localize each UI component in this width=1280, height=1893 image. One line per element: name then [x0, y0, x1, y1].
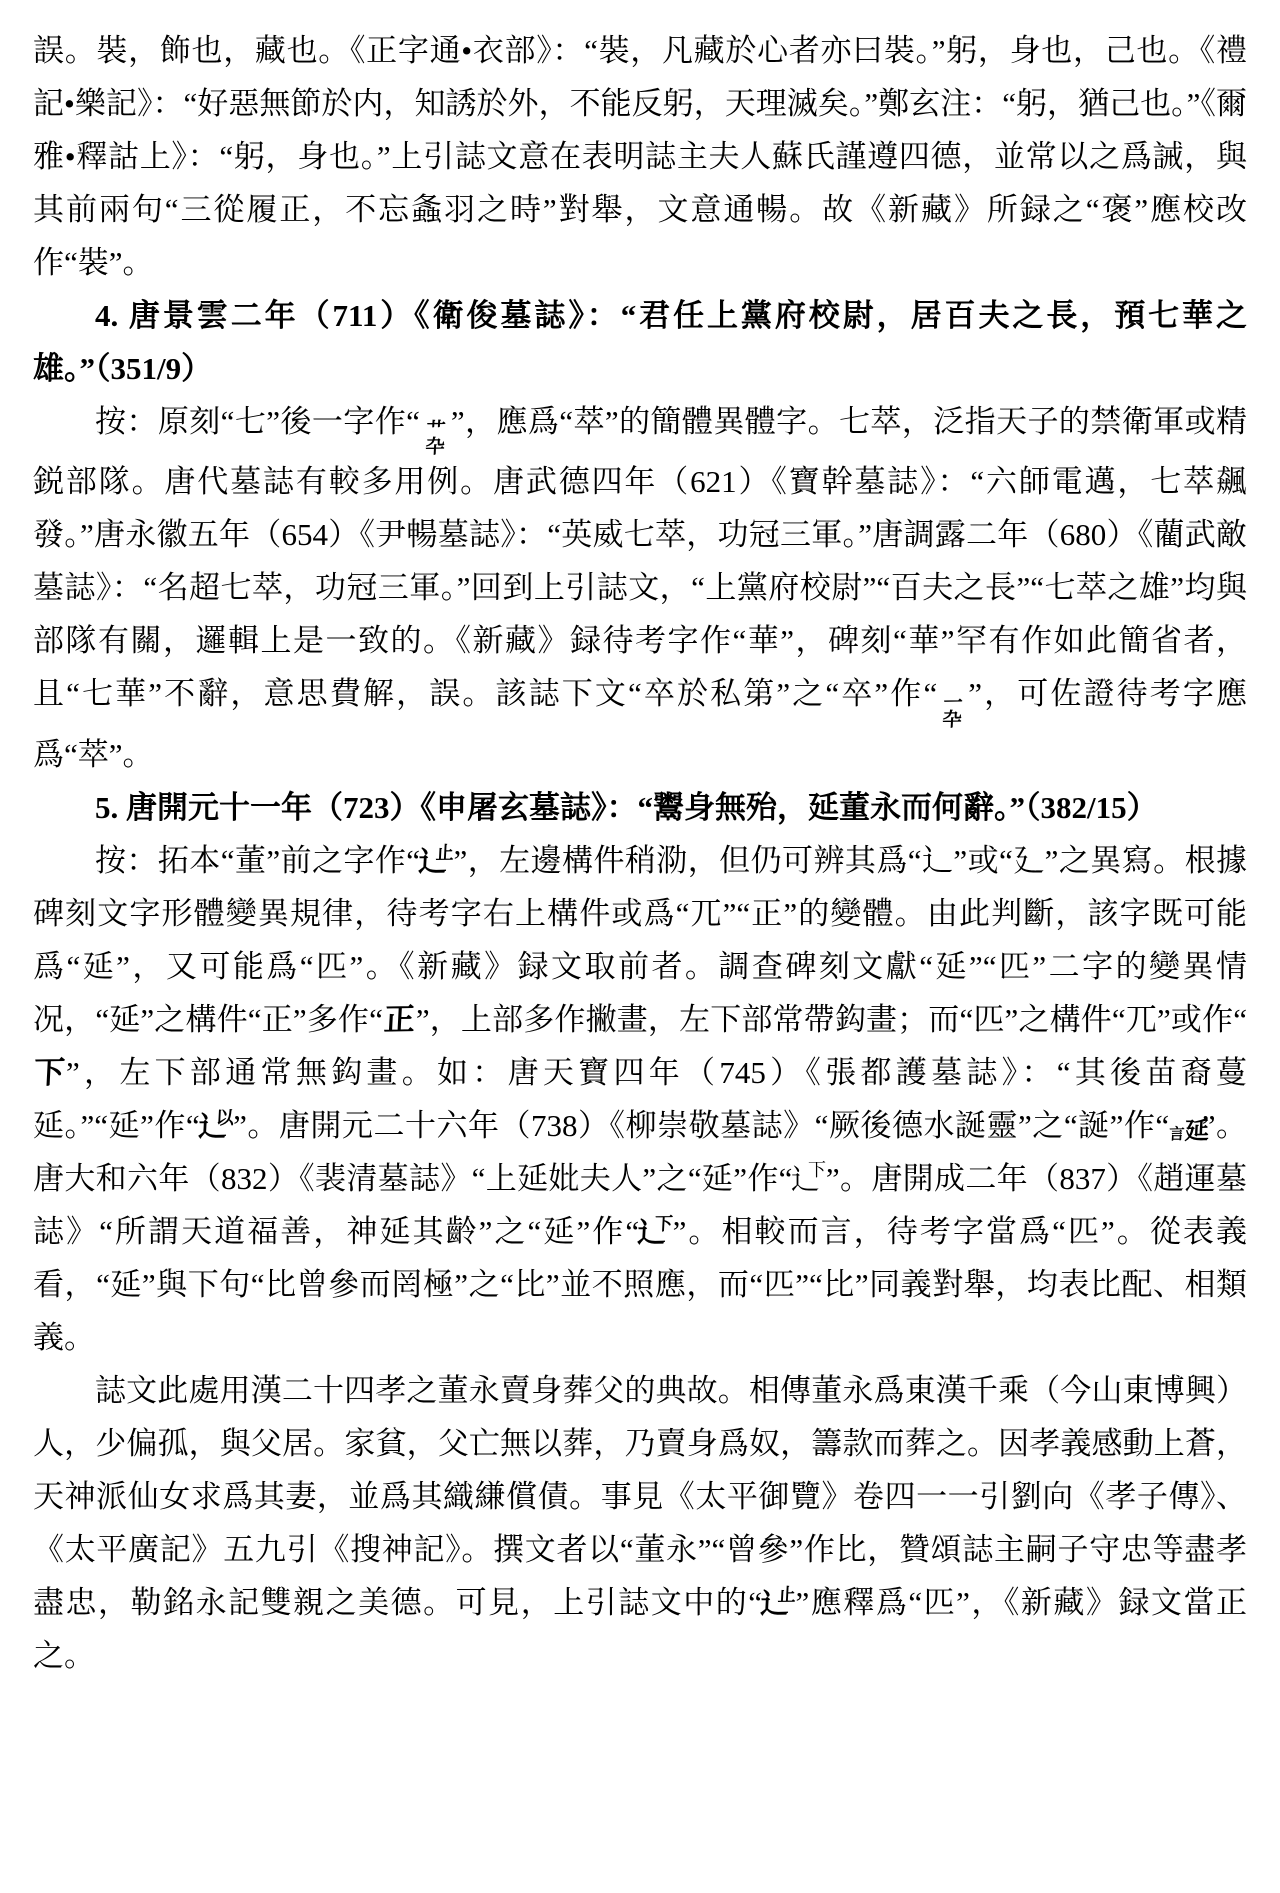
glyph-bottom-component: 卆: [942, 712, 962, 729]
rubbing-variant-of-zheng-icon: 正: [381, 993, 417, 1047]
paragraph: 誤。裝，飾也，藏也。《正字通•衣部》：“裝，凡藏於心者亦曰裝。”躬，身也，己也。…: [33, 24, 1247, 289]
glyph-right-component: 以: [215, 1108, 234, 1126]
rubbing-form-of-zu-icon: 一卆: [936, 697, 969, 729]
section-heading: 5. 唐開元十一年（723）《申屠玄墓誌》：“鬻身無殆，延董永而何辭。”（382…: [33, 781, 1247, 834]
text-run: 5. 唐開元十一年（723）《申屠玄墓誌》：“鬻身無殆，延董永而何辭。”（382…: [95, 790, 1158, 825]
text-run: ”，上部多作撇畫，左下部常帶鈎畫；而“匹”之構件“兀”或作“: [416, 1002, 1247, 1037]
rubbing-undetermined-yan-or-pi-icon: 辶止: [419, 843, 454, 875]
glyph-right-component: 下: [808, 1161, 826, 1179]
glyph-right-component: 延: [1184, 1120, 1209, 1145]
rubbing-variant-of-wu-icon: 下: [32, 1046, 68, 1100]
text-run: 誌文此處用漢二十四孝之董永賣身葬父的典故。相傳董永爲東漢千乘（今山東博興）人，少…: [33, 1373, 1247, 1620]
text-run: ”。唐開元二十六年（738）《柳崇敬墓誌》“厥後德水誕靈”之“誕”作“: [233, 1108, 1169, 1143]
rubbing-yan-zhangduhu-icon: 辶以: [199, 1108, 234, 1140]
text-run: 按：拓本“董”前之字作“: [95, 843, 420, 878]
rubbing-form-of-cui-icon: 艹卆: [419, 424, 452, 456]
text-run: ”，應爲“萃”的簡體異體字。七萃，泛指天子的禁衛軍或精鋭部隊。唐代墓誌有較多用例…: [33, 404, 1247, 711]
glyph-right-component: 止: [777, 1585, 796, 1603]
glyph-right-component: 下: [654, 1214, 673, 1232]
rubbing-yan-peiqing-icon: 辶下: [792, 1162, 825, 1193]
rubbing-undetermined-final-icon: 辶止: [761, 1585, 796, 1617]
paragraph: 按：原刻“七”後一字作“艹卆”，應爲“萃”的簡體異體字。七萃，泛指天子的禁衛軍或…: [33, 395, 1247, 781]
rubbing-yan-zhaoyun-icon: 辶下: [638, 1214, 673, 1246]
section-heading: 4. 唐景雲二年（711）《衛俊墓誌》：“君任上黨府校尉，居百夫之長，預七華之雄…: [33, 289, 1247, 395]
glyph-bottom-component: 卆: [425, 440, 445, 457]
text-run: 誤。裝，飾也，藏也。《正字通•衣部》：“裝，凡藏於心者亦曰裝。”躬，身也，己也。…: [33, 33, 1247, 280]
text-run: 4. 唐景雲二年（711）《衛俊墓誌》：“君任上黨府校尉，居百夫之長，預七華之雄…: [33, 298, 1247, 386]
document-page: 誤。裝，飾也，藏也。《正字通•衣部》：“裝，凡藏於心者亦曰裝。”躬，身也，己也。…: [0, 0, 1280, 1893]
paragraph: 誌文此處用漢二十四孝之董永賣身葬父的典故。相傳董永爲東漢千乘（今山東博興）人，少…: [33, 1364, 1247, 1682]
glyph-right-component: 止: [435, 843, 454, 861]
paragraph: 按：拓本“董”前之字作“辶止”，左邊構件稍泐，但仍可辨其爲“辶”或“廴”之異寫。…: [33, 834, 1247, 1364]
glyph-left-component: 言: [1169, 1127, 1185, 1143]
rubbing-dan-liuchongjing-icon: 言延: [1168, 1120, 1202, 1152]
text-run: 按：原刻“七”後一字作“: [95, 404, 420, 439]
